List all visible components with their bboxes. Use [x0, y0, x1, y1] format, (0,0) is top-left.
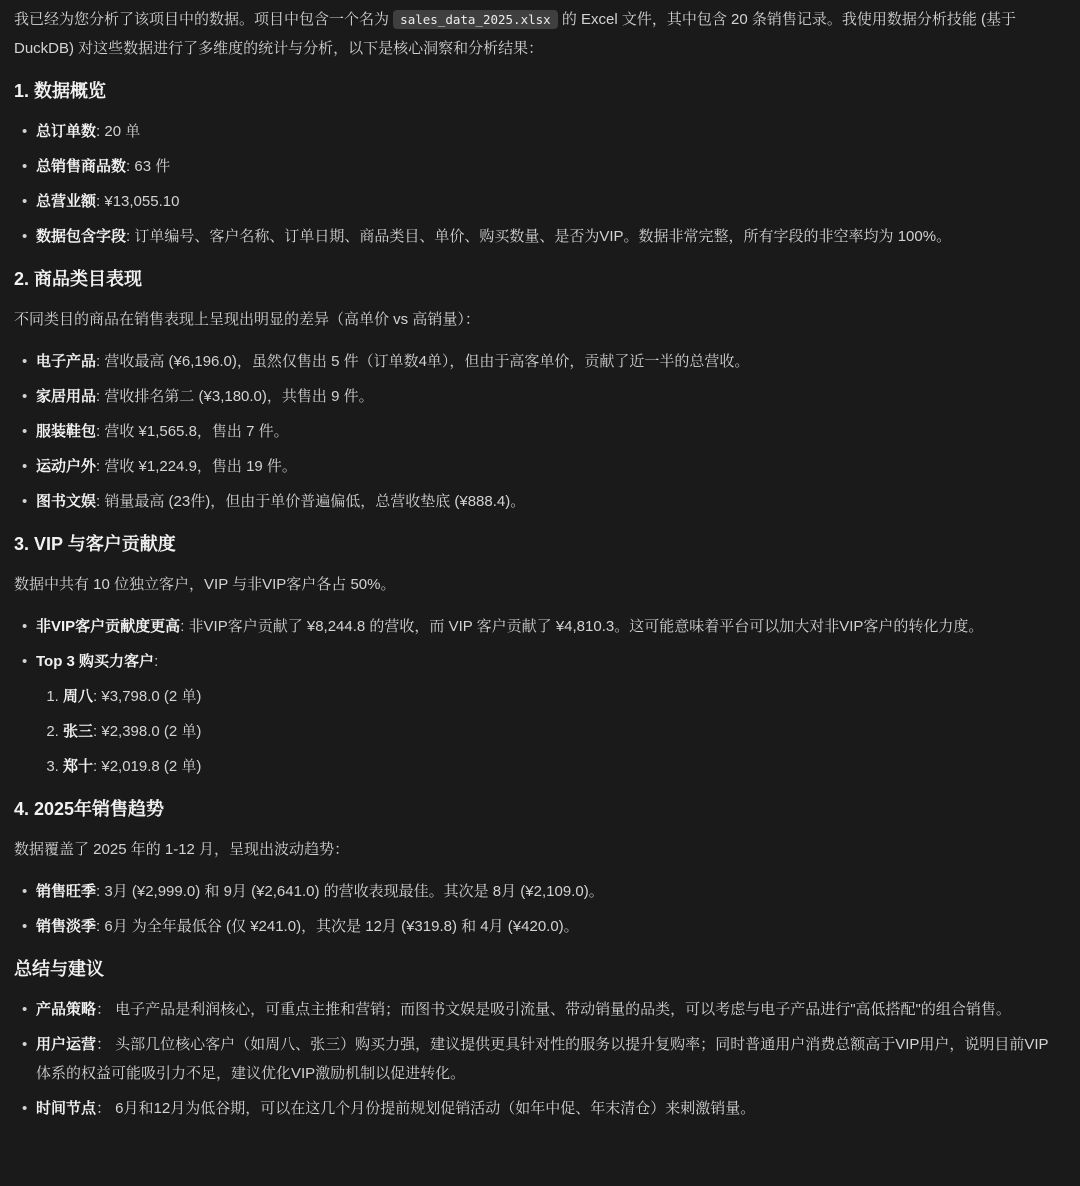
- intro-text-before: 我已经为您分析了该项目中的数据。项目中包含一个名为: [14, 11, 393, 28]
- top-customers-list: 周八: ¥3,798.0 (2 单) 张三: ¥2,398.0 (2 单) 郑十…: [36, 682, 1050, 781]
- section-sales-trend: 4. 2025年销售趋势 数据覆盖了 2025 年的 1-12 月，呈现出波动趋…: [14, 796, 1050, 941]
- customer-value: : ¥2,398.0 (2 单): [93, 723, 201, 740]
- list-item: 非VIP客户贡献度更高: 非VIP客户贡献了 ¥8,244.8 的营收，而 VI…: [36, 612, 1050, 641]
- item-text: : 63 件: [126, 158, 170, 175]
- customer-name: 郑十: [63, 758, 93, 775]
- item-label: 产品策略: [36, 1001, 96, 1018]
- list-item: 服装鞋包: 营收 ¥1,565.8，售出 7 件。: [36, 417, 1050, 446]
- list-item: 销售淡季: 6月 为全年最低谷 (仅 ¥241.0)，其次是 12月 (¥319…: [36, 912, 1050, 941]
- item-text: : 营收排名第二 (¥3,180.0)，共售出 9 件。: [96, 388, 374, 405]
- section-intro-paragraph: 数据覆盖了 2025 年的 1-12 月，呈现出波动趋势：: [14, 835, 1050, 864]
- list-item: 销售旺季: 3月 (¥2,999.0) 和 9月 (¥2,641.0) 的营收表…: [36, 877, 1050, 906]
- item-label: 非VIP客户贡献度更高: [36, 618, 180, 635]
- item-label: 用户运营: [36, 1036, 96, 1053]
- customer-value: : ¥2,019.8 (2 单): [93, 758, 201, 775]
- item-text: : 营收 ¥1,224.9，售出 19 件。: [96, 458, 297, 475]
- item-text: : 非VIP客户贡献了 ¥8,244.8 的营收，而 VIP 客户贡献了 ¥4,…: [180, 618, 983, 635]
- sales-trend-list: 销售旺季: 3月 (¥2,999.0) 和 9月 (¥2,641.0) 的营收表…: [14, 877, 1050, 941]
- list-item: 数据包含字段: 订单编号、客户名称、订单日期、商品类目、单价、购买数量、是否为V…: [36, 222, 1050, 251]
- item-text: : 6月 为全年最低谷 (仅 ¥241.0)，其次是 12月 (¥319.8) …: [96, 918, 579, 935]
- customer-name: 张三: [63, 723, 93, 740]
- ranked-customer-item: 张三: ¥2,398.0 (2 单): [63, 717, 1050, 746]
- item-label: 总营业额: [36, 193, 96, 210]
- section-heading-vip-contribution: 3. VIP 与客户贡献度: [14, 531, 1050, 557]
- section-heading-sales-trend: 4. 2025年销售趋势: [14, 796, 1050, 822]
- list-item: 运动户外: 营收 ¥1,224.9，售出 19 件。: [36, 452, 1050, 481]
- item-label: 总销售商品数: [36, 158, 126, 175]
- item-text: : 营收 ¥1,565.8，售出 7 件。: [96, 423, 289, 440]
- section-intro-paragraph: 不同类目的商品在销售表现上呈现出明显的差异（高单价 vs 高销量）：: [14, 305, 1050, 334]
- item-text: ： 头部几位核心客户（如周八、张三）购买力强，建议提供更具针对性的服务以提升复购…: [36, 1036, 1049, 1082]
- category-performance-list: 电子产品: 营收最高 (¥6,196.0)，虽然仅售出 5 件（订单数4单），但…: [14, 347, 1050, 516]
- item-label: 销售淡季: [36, 918, 96, 935]
- vip-contribution-list: 非VIP客户贡献度更高: 非VIP客户贡献了 ¥8,244.8 的营收，而 VI…: [14, 612, 1050, 781]
- list-item: 时间节点： 6月和12月为低谷期，可以在这几个月份提前规划促销活动（如年中促、年…: [36, 1094, 1050, 1123]
- item-text: : 订单编号、客户名称、订单日期、商品类目、单价、购买数量、是否为VIP。数据非…: [126, 228, 951, 245]
- analysis-report: 我已经为您分析了该项目中的数据。项目中包含一个名为 sales_data_202…: [14, 5, 1050, 1123]
- item-text: : ¥13,055.10: [96, 193, 179, 210]
- ranked-customer-item: 郑十: ¥2,019.8 (2 单): [63, 752, 1050, 781]
- section-heading-summary: 总结与建议: [14, 956, 1050, 982]
- summary-list: 产品策略： 电子产品是利润核心，可重点主推和营销；而图书文娱是吸引流量、带动销量…: [14, 995, 1050, 1123]
- list-item: 图书文娱: 销量最高 (23件)，但由于单价普遍偏低，总营收垫底 (¥888.4…: [36, 487, 1050, 516]
- section-intro-paragraph: 数据中共有 10 位独立客户，VIP 与非VIP客户各占 50%。: [14, 570, 1050, 599]
- section-heading-data-overview: 1. 数据概览: [14, 78, 1050, 104]
- section-category-performance: 2. 商品类目表现 不同类目的商品在销售表现上呈现出明显的差异（高单价 vs 高…: [14, 266, 1050, 516]
- item-label: 图书文娱: [36, 493, 96, 510]
- list-item: 用户运营： 头部几位核心客户（如周八、张三）购买力强，建议提供更具针对性的服务以…: [36, 1030, 1050, 1088]
- item-text: :: [154, 653, 158, 670]
- list-item: 总营业额: ¥13,055.10: [36, 187, 1050, 216]
- item-label: 销售旺季: [36, 883, 96, 900]
- list-item: 产品策略： 电子产品是利润核心，可重点主推和营销；而图书文娱是吸引流量、带动销量…: [36, 995, 1050, 1024]
- item-label: 时间节点: [36, 1100, 96, 1117]
- item-label: 数据包含字段: [36, 228, 126, 245]
- ranked-customer-item: 周八: ¥3,798.0 (2 单): [63, 682, 1050, 711]
- data-overview-list: 总订单数: 20 单 总销售商品数: 63 件 总营业额: ¥13,055.10…: [14, 117, 1050, 251]
- list-item: 总订单数: 20 单: [36, 117, 1050, 146]
- section-data-overview: 1. 数据概览 总订单数: 20 单 总销售商品数: 63 件 总营业额: ¥1…: [14, 78, 1050, 251]
- item-label: 电子产品: [36, 353, 96, 370]
- section-heading-category-performance: 2. 商品类目表现: [14, 266, 1050, 292]
- list-item: 总销售商品数: 63 件: [36, 152, 1050, 181]
- item-text: : 销量最高 (23件)，但由于单价普遍偏低，总营收垫底 (¥888.4)。: [96, 493, 525, 510]
- item-label: 运动户外: [36, 458, 96, 475]
- item-label: Top 3 购买力客户: [36, 653, 154, 670]
- intro-paragraph: 我已经为您分析了该项目中的数据。项目中包含一个名为 sales_data_202…: [14, 5, 1050, 63]
- inline-code-filename: sales_data_2025.xlsx: [393, 10, 558, 29]
- item-text: : 3月 (¥2,999.0) 和 9月 (¥2,641.0) 的营收表现最佳。…: [96, 883, 604, 900]
- section-summary: 总结与建议 产品策略： 电子产品是利润核心，可重点主推和营销；而图书文娱是吸引流…: [14, 956, 1050, 1123]
- customer-value: : ¥3,798.0 (2 单): [93, 688, 201, 705]
- item-text: ： 6月和12月为低谷期，可以在这几个月份提前规划促销活动（如年中促、年末清仓）…: [96, 1100, 755, 1117]
- list-item: 家居用品: 营收排名第二 (¥3,180.0)，共售出 9 件。: [36, 382, 1050, 411]
- section-vip-contribution: 3. VIP 与客户贡献度 数据中共有 10 位独立客户，VIP 与非VIP客户…: [14, 531, 1050, 781]
- item-label: 服装鞋包: [36, 423, 96, 440]
- item-label: 家居用品: [36, 388, 96, 405]
- item-text: : 20 单: [96, 123, 140, 140]
- customer-name: 周八: [63, 688, 93, 705]
- item-text: ： 电子产品是利润核心，可重点主推和营销；而图书文娱是吸引流量、带动销量的品类，…: [96, 1001, 1011, 1018]
- item-text: : 营收最高 (¥6,196.0)，虽然仅售出 5 件（订单数4单），但由于高客…: [96, 353, 749, 370]
- list-item: Top 3 购买力客户: 周八: ¥3,798.0 (2 单) 张三: ¥2,3…: [36, 647, 1050, 781]
- list-item: 电子产品: 营收最高 (¥6,196.0)，虽然仅售出 5 件（订单数4单），但…: [36, 347, 1050, 376]
- item-label: 总订单数: [36, 123, 96, 140]
